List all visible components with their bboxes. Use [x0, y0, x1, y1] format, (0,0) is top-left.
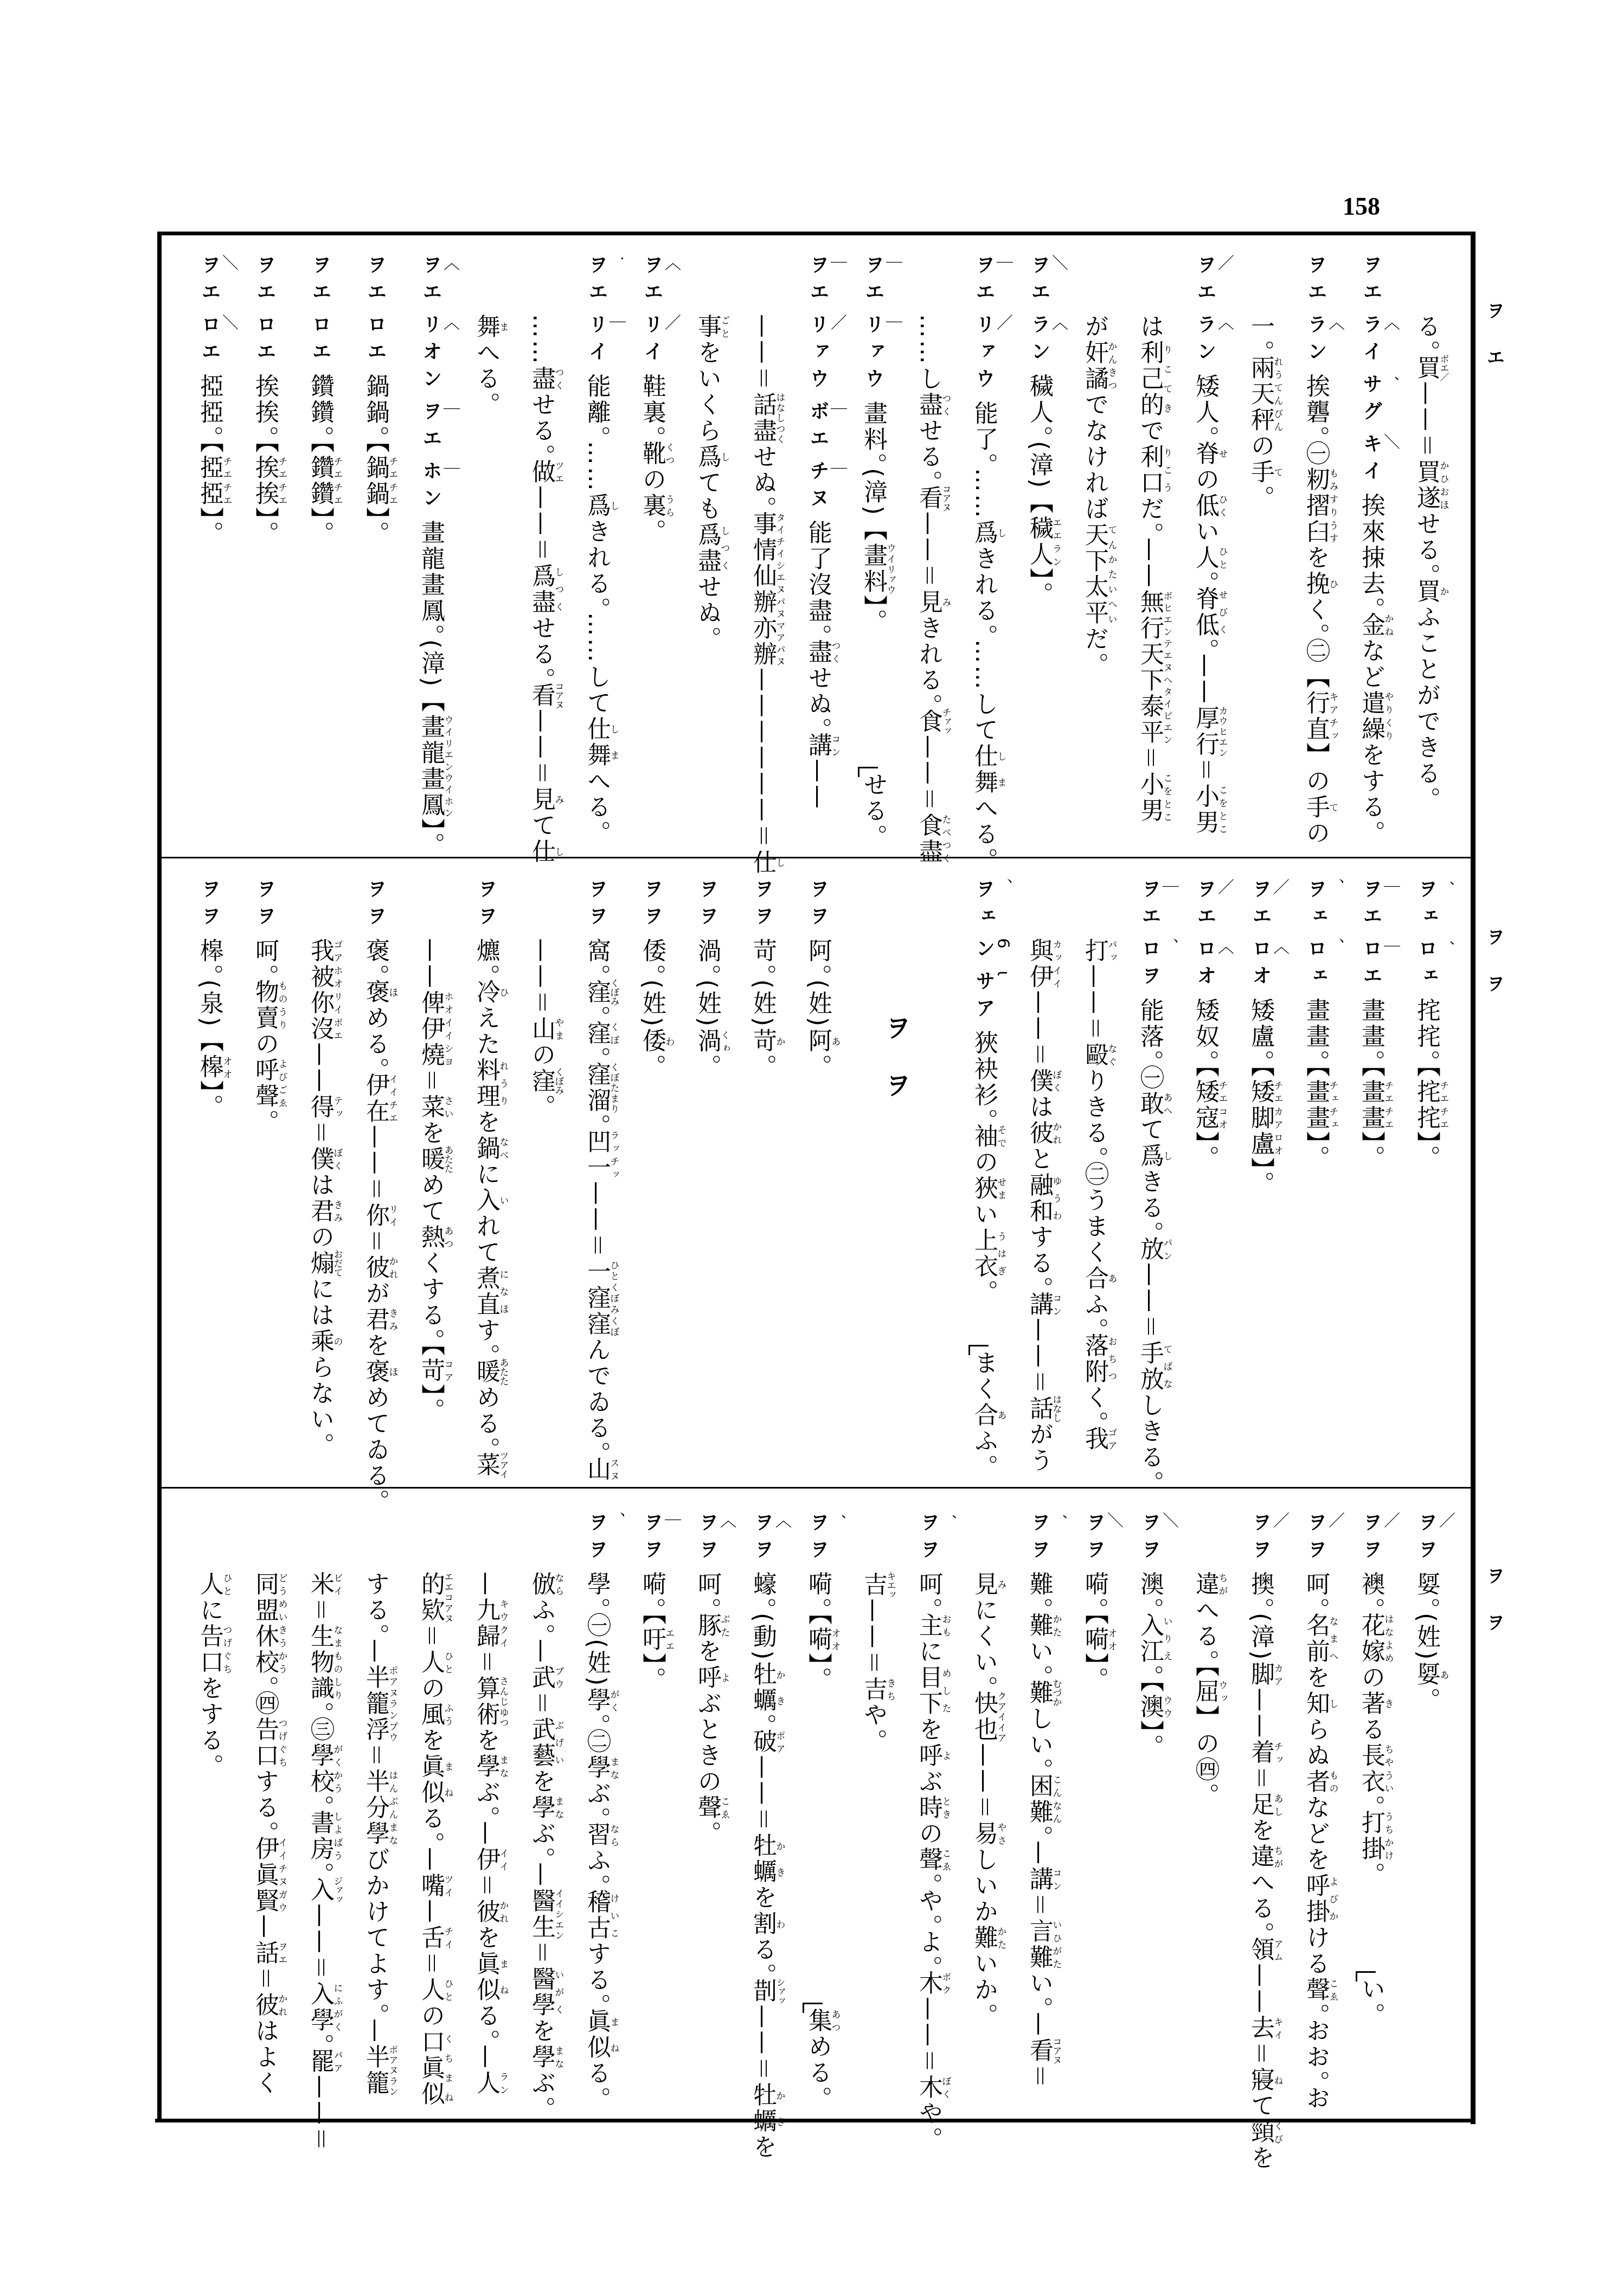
continuation-column: 違ちがへる。【屈ウッ】の㊃。 — [1172, 1489, 1228, 2119]
definition-text: 】 — [306, 507, 334, 521]
reading-annotation: むづか — [1051, 1679, 1062, 1707]
definition-text: 【 — [1191, 1065, 1219, 1079]
definition-text: 畫畫 — [1302, 998, 1330, 1050]
reading-annotation: ゴア — [1106, 1426, 1117, 1452]
reading-annotation: チエチエ — [387, 455, 398, 507]
reading-annotation: エエラン — [1051, 516, 1062, 568]
definition-text: 穢人 — [1025, 374, 1053, 426]
annotated-word: 小男こをとこ — [1191, 784, 1219, 836]
reading-annotation: チエチエ — [332, 455, 343, 507]
definition-text: を — [472, 1728, 500, 1754]
tone-mark: ＼ — [1105, 1512, 1121, 1528]
annotated-word: 窪くぼ — [583, 1021, 611, 1047]
annotated-word: 人ひと — [196, 1572, 223, 1598]
definition-text: ＝ — [1025, 2064, 1053, 2090]
annotated-word: 手放てばな — [1136, 1341, 1164, 1393]
full-stop: 。 — [970, 1454, 998, 1480]
reading-annotation: きみ — [332, 1198, 343, 1224]
definition-text: 】 — [1025, 568, 1053, 582]
annotated-word: 算術さんじゆつ — [472, 1676, 500, 1728]
tone-mark: ／ — [663, 314, 679, 330]
definition-text: ＝ — [1247, 1766, 1274, 1792]
definition-text: ——＝ — [528, 709, 555, 787]
full-stop: 。 — [970, 1280, 998, 1306]
headword-kana: ヲエ＼ — [1029, 254, 1049, 309]
annotated-word: 奸譎かんきつ — [1081, 340, 1108, 392]
continuation-column: 見みにくい。快也クアイイア——＝易やさしいか難かたいか。 — [951, 1489, 1006, 2119]
reading-annotation: しつく — [553, 563, 564, 615]
full-stop: 。 — [1357, 1862, 1385, 1888]
definition-text: ……して — [970, 639, 998, 743]
headword-kana: ヲヲ〈 — [753, 1512, 772, 1566]
annotated-word: 爲し — [1136, 1143, 1164, 1169]
reading-annotation: コアヌ — [1051, 2037, 1062, 2065]
entry-column: ヲエ〈リイ／鞋裏。靴くつの裏うら。 — [619, 235, 675, 857]
annotated-word: 無行天下泰平ボヒエンテエヌヘタイピエン — [1136, 589, 1164, 746]
annotated-word: 買か — [1413, 579, 1440, 605]
definition-text: の — [1302, 820, 1330, 846]
reading-annotation: かね — [1383, 612, 1394, 638]
reading-annotation: の — [332, 1329, 343, 1355]
reading-annotation: はなよめ — [1383, 1613, 1394, 1665]
definition-text: ＝ — [528, 1691, 555, 1717]
reading-annotation: くぼ — [608, 1021, 619, 1047]
definition-text: せぬ — [694, 574, 721, 626]
definition-text: ぶ — [915, 1769, 942, 1795]
reading-annotation: ちが — [1217, 1572, 1228, 1598]
full-stop: 。 — [472, 392, 500, 418]
reading-annotation: ま — [498, 314, 509, 340]
definition-text: ——＝ — [306, 2075, 334, 2153]
definition-text: を — [417, 1728, 445, 1754]
definition-text: る — [1413, 314, 1440, 340]
headword-kana: ヲヲ／ — [1361, 1512, 1381, 1566]
annotated-word: 話ヲエ — [251, 1940, 279, 1966]
reading-annotation: とき — [940, 1795, 951, 1821]
reading-annotation: し — [1327, 1691, 1338, 1717]
annotated-word: 屈ウッ — [1191, 1679, 1219, 1705]
full-stop: 。 — [1302, 1145, 1330, 1171]
definition-text: を — [1247, 1818, 1274, 1844]
reading-annotation: チエコオ — [1217, 1079, 1228, 1131]
definition-text: 】 — [1081, 1653, 1108, 1667]
definition-text: 學 — [583, 1572, 611, 1598]
annotated-word: 矮脚盧チエカアロオ — [1247, 1079, 1274, 1157]
full-stop: 。 — [417, 1398, 445, 1424]
definition-text: — — [472, 1572, 500, 1598]
annotated-word: 手て — [1302, 794, 1330, 820]
headword-kana: ロエ — [365, 314, 385, 368]
entry-column: ヲェ´ロェ´挓挓。【挓挓チエチエ】。 — [1394, 858, 1449, 1487]
reading-annotation: ゆうわ — [1051, 1172, 1062, 1224]
continuation-tail: 集あつめる。 — [795, 2008, 841, 2101]
definition-text: 能了 — [970, 401, 998, 453]
reading-annotation: せま — [996, 1176, 1006, 1202]
definition-text: に — [472, 1162, 500, 1188]
definition-text: めてゐる — [362, 1385, 389, 1489]
definition-text: ぶ — [528, 2070, 555, 2096]
definition-text: 畫料 — [859, 401, 887, 453]
definition-text: — — [528, 1639, 555, 1665]
full-stop: 。 — [915, 2127, 942, 2153]
annotated-word: 聲こゑ — [694, 1795, 721, 1821]
annotated-word: 木ボク — [915, 1971, 942, 1997]
full-stop: 。 — [306, 521, 334, 547]
definition-text: — — [251, 1914, 279, 1940]
definition-text: びかけてよす — [362, 1847, 389, 2003]
definition-text: 能離 — [583, 374, 611, 426]
annotated-word: 講コン — [1025, 1292, 1053, 1318]
reading-annotation: イイチエ — [387, 1073, 398, 1125]
reading-annotation: タイチイシエヌパヌマアパヌ — [774, 511, 785, 668]
definition-text: …… — [528, 314, 555, 366]
definition-text: (姓) — [804, 979, 832, 1028]
reading-annotation: きち — [885, 1677, 896, 1703]
reading-annotation: まな — [553, 1795, 564, 1821]
continuation-column: 吉キエッ——＝吉きちや。 — [841, 1489, 896, 2119]
reading-annotation: もみすりうす — [1327, 467, 1338, 545]
headword-kana: ヲエ｜ — [1361, 878, 1381, 933]
reading-annotation: くぼみ — [553, 1068, 564, 1095]
reading-annotation: いがく — [553, 1966, 564, 2018]
annotated-word: 難かた — [1025, 1613, 1053, 1639]
headword-kana: ヲエ｜ — [974, 254, 993, 309]
definition-text: くする — [417, 1250, 445, 1329]
reading-annotation: て — [1327, 794, 1338, 820]
reading-annotation: チエチエ — [277, 455, 287, 507]
definition-text: せぬ — [749, 444, 777, 496]
headword-kana: ボエ｜ — [808, 401, 827, 455]
full-stop: 。 — [638, 1667, 666, 1693]
definition-text: — — [1025, 2012, 1053, 2038]
definition-text: — — [417, 1847, 445, 1873]
annotated-word: 言難いひがた — [1025, 1919, 1053, 1971]
tone-mark: ／ — [1437, 1512, 1453, 1528]
reading-annotation: くぼたまり — [608, 1062, 619, 1114]
reading-annotation: エエコアヌ — [442, 1572, 453, 1624]
annotated-word: 困難こんなん — [1025, 1773, 1053, 1825]
reading-annotation: くび — [1272, 2119, 1283, 2145]
definition-text: 鍋鍋 — [362, 374, 389, 426]
definition-text: ふ — [528, 1598, 555, 1624]
reading-annotation: なまへ — [1327, 1613, 1338, 1665]
reading-annotation: あ — [830, 1028, 841, 1054]
annotated-word: 遣繰やりくり — [1357, 690, 1385, 742]
annotated-word: 鍋なべ — [472, 1136, 500, 1162]
reading-annotation: チエカアロオ — [1272, 1079, 1283, 1157]
annotated-word: 凹一ラッチッ — [583, 1129, 611, 1181]
definition-text: を — [915, 1717, 942, 1743]
reading-annotation: なら — [608, 1822, 619, 1848]
reading-annotation: やりくり — [1383, 690, 1394, 742]
reading-annotation: カウヒエン — [1217, 706, 1228, 758]
reading-annotation: コン — [1051, 1867, 1062, 1893]
headword-kana: ヲエ — [255, 254, 274, 309]
reading-annotation: み — [553, 787, 564, 813]
entry-column: ヲヲ／娿。(姓)娿あ。 — [1394, 1489, 1449, 2119]
definition-text: を — [528, 1769, 555, 1795]
annotated-word: 講コン — [1025, 1867, 1053, 1893]
definition-text: 【 — [196, 441, 223, 455]
definition-text: を — [749, 1885, 777, 1911]
annotated-word: 武ブウ — [528, 1665, 555, 1691]
entry-column: ヲヲ／襖。花嫁はなよめの著きる長衣ちやうい。打掛うちかけ。い。 — [1338, 1489, 1394, 2119]
entry-column: ヲヲ呵。物賣ものうりの呼聲よびごゑ。 — [232, 858, 287, 1487]
full-stop: 。 — [970, 2003, 998, 2029]
definition-text: —— — [804, 759, 832, 811]
definition-text: い — [1025, 1639, 1053, 1665]
annotated-word: 呼よ — [694, 1665, 721, 1691]
reading-annotation: ウイリァウ — [885, 543, 896, 595]
annotated-word: 彼かれ — [472, 1899, 500, 1925]
reading-annotation: こをとこ — [1162, 772, 1172, 824]
tone-mark: 〈 — [1382, 314, 1398, 330]
annotated-word: 嗬オオ — [804, 1627, 832, 1653]
frame-border-top — [158, 232, 1475, 235]
definition-text: いか — [970, 1951, 998, 2003]
definition-text: の — [970, 1150, 998, 1176]
reading-annotation: おも — [940, 1613, 951, 1639]
reading-annotation: キイ — [1272, 2015, 1283, 2041]
reading-annotation: になほ — [498, 1266, 509, 1318]
annotated-word: 看コアヌ — [915, 485, 942, 511]
headword-kana: ヲヲ＼ — [1085, 1512, 1104, 1566]
entry-column: ヲェ、ン6サアɩ狹袂衫。袖そでの狹せまい上衣うはぎ。まく合あふ。 — [951, 858, 1006, 1487]
section-heading: ヲヲ — [841, 858, 951, 1487]
definition-text: せる — [528, 392, 555, 444]
definition-text: ぶ — [583, 1781, 611, 1807]
definition-text: 鞋裏 — [638, 374, 666, 426]
annotated-word: 一窪窪ひとくぼみくぼ — [583, 1259, 611, 1337]
tone-mark: 、 — [995, 878, 1011, 895]
definition-text: 挨挨 — [251, 374, 279, 426]
definition-text: 】 — [1357, 1131, 1385, 1145]
definition-text: ＝ — [417, 1951, 445, 1977]
entry-column: ヲヲ爊。冷ひえた料理れうりを鍋なべに入いれて煮直になほす。暖あたためる。菜ツアイ — [453, 858, 509, 1487]
definition-text: の — [915, 1821, 942, 1847]
reading-annotation: かき — [774, 1662, 785, 1714]
definition-text: …… — [970, 468, 998, 520]
definition-text: らぬ — [1302, 1717, 1330, 1769]
headword-kana: ロエ — [255, 314, 274, 368]
full-stop: 。 — [1081, 1667, 1108, 1693]
headword-kana: ロオ〈 — [1250, 938, 1270, 992]
definition-text: ＝ — [251, 1966, 279, 1992]
definition-text: を — [472, 1109, 500, 1136]
annotated-word: 彼かれ — [362, 1255, 389, 1281]
reading-annotation: めした — [940, 1665, 951, 1717]
continuation-column: ——＝話盡はなしつくせぬ。事情仙辦亦辦タイチイシエヌパヌマアパヌ——————＝仕… — [730, 235, 785, 857]
tone-mark: ／ — [1326, 1512, 1343, 1528]
annotated-word: 畫料ウイリァウ — [859, 543, 887, 595]
full-stop: 。 — [528, 2096, 555, 2122]
definition-text: ——＝ — [528, 485, 555, 563]
annotated-word: 着チッ — [1247, 1740, 1274, 1766]
headword-kana: ラン〈 — [1195, 314, 1215, 368]
tone-mark: ／ — [995, 314, 1011, 330]
definition-text: でなければ — [1081, 392, 1108, 522]
definition-text: まく — [970, 1350, 998, 1402]
definition-text: ぶ — [528, 1821, 555, 1847]
annotated-word: 食盡たべつく — [915, 813, 942, 865]
annotated-word: 做ツエ — [528, 459, 555, 485]
entry-column: ヲヲ渦。(姓)渦くゎ。 — [675, 858, 730, 1487]
reading-annotation: まね — [442, 1754, 453, 1806]
annotated-word: 與伊カッイイ — [1025, 938, 1053, 990]
annotated-word: 同盟休校どうめいきうかう — [251, 1572, 279, 1676]
definition-text: 蠔 — [749, 1572, 777, 1598]
annotated-word: 花嫁はなよめ — [1357, 1613, 1385, 1665]
annotated-word: 見み — [970, 1572, 998, 1598]
full-stop: 。 — [1413, 787, 1440, 813]
definition-text: — — [472, 2044, 500, 2070]
reading-annotation: かれ — [387, 1255, 398, 1281]
definition-text: 】 — [1191, 1131, 1219, 1145]
reading-annotation: パッ — [1106, 938, 1117, 964]
definition-text: がう — [1025, 1422, 1053, 1474]
annotated-word: 破ポア — [749, 1729, 777, 1755]
entry-column: ヲヲ´嗬。【嗬オオ】。集あつめる。 — [785, 1489, 841, 2119]
annotated-word: 菜さい — [417, 1094, 445, 1120]
reading-annotation: しつく — [719, 522, 730, 574]
reading-annotation: あし — [1272, 1792, 1283, 1818]
annotated-word: 習なら — [583, 1822, 611, 1848]
reading-annotation: チエチエ — [221, 455, 232, 507]
tone-mark: ｜ — [663, 1512, 679, 1528]
reading-annotation: カッイイ — [1051, 938, 1062, 990]
annotated-word: 手て — [1247, 459, 1274, 485]
definition-text: きれる — [915, 615, 942, 694]
reading-annotation: あつ — [442, 1224, 453, 1250]
definition-text: 阿 — [804, 938, 832, 964]
reading-annotation: せ — [1217, 441, 1228, 467]
tone-mark: ｜ — [829, 401, 845, 417]
annotated-word: 盡つく — [528, 366, 555, 392]
continuation-column: 我被你沒ゴアホオリイボエ——得テッ＝僕ぼくは君きみの煽おだてには乘のらない。 — [287, 858, 343, 1487]
annotated-word: 爲盡しつく — [694, 522, 721, 574]
reading-annotation: まね — [498, 1951, 509, 2003]
tone-mark: 〈 — [1216, 314, 1232, 330]
annotated-word: 兩天秤れうてんびん — [1247, 355, 1274, 433]
definition-text: ——＝ — [970, 1743, 998, 1821]
headword-kana: リオン〈 — [421, 314, 440, 395]
reading-annotation: コア — [442, 1358, 453, 1384]
definition-text: にくい — [970, 1598, 998, 1676]
definition-text: ＝ — [362, 1743, 389, 1769]
reading-annotation: よ — [940, 1743, 951, 1769]
full-stop: 。 — [1081, 652, 1108, 678]
reading-annotation: つく — [830, 639, 841, 665]
definition-text: (動) — [749, 1613, 777, 1662]
definition-text: する — [251, 1769, 279, 1821]
definition-text: へる — [1247, 1870, 1274, 1922]
reading-annotation: よびごゑ — [277, 1057, 287, 1109]
continuation-column: が奸譎かんきつでなければ天下太平てんかたいへいだ。 — [1062, 235, 1117, 857]
entry-column: ヲエロエ鍋鍋。【鍋鍋チエチエ】。 — [343, 235, 398, 857]
annotated-word: 籾摺臼もみすりうす — [1302, 467, 1330, 545]
entry-column: ヲヲ窩。窪くぼみ。窪くぼ。窪溜くぼたまり。凹一ラッチッ——＝一窪窪ひとくぼみくぼ… — [564, 858, 619, 1487]
definition-text: す — [472, 1318, 500, 1344]
annotated-word: 學まな — [528, 2044, 555, 2070]
definition-text: 【 — [638, 1613, 666, 1627]
reading-annotation: こゑ — [719, 1795, 730, 1821]
continuation-column: 事ごとをいくら爲しても爲盡しつくせぬ。 — [675, 235, 730, 857]
entry-column: ヲエ〈リオン〈ヲエ｜ホン｜畫龍畫鳳。(漳)【畫龍畫鳳ウイリエンウイホン】。 — [398, 235, 453, 857]
definition-text: へる — [583, 768, 611, 820]
entry-column: ヲヲ苛。(姓)苛か。 — [730, 858, 785, 1487]
reading-annotation: こゑ — [940, 1847, 951, 1873]
annotated-word: 的欵エエコアヌ — [417, 1572, 445, 1624]
entry-column: ヲヲ阿。(姓)阿あ。 — [785, 858, 841, 1487]
reading-annotation: あつ — [830, 2008, 841, 2034]
annotated-word: 剒シァッ — [749, 1978, 777, 2004]
definition-text: る — [749, 1937, 777, 1963]
annotated-word: 渦くゎ — [694, 1028, 721, 1054]
definition-text: 【 — [362, 441, 389, 455]
annotated-word: 主おも — [915, 1613, 942, 1639]
definition-text: 】 — [638, 1653, 666, 1667]
reading-annotation: ちが — [1272, 1844, 1283, 1870]
reading-annotation: チッ — [1272, 1740, 1283, 1766]
definition-text: 】 — [362, 507, 389, 521]
definition-text: ふ — [970, 1428, 998, 1454]
definition-text: ふ — [1081, 1292, 1108, 1318]
tone-mark: ／ — [1271, 1512, 1287, 1528]
definition-text: 掗掗 — [196, 374, 223, 426]
definition-text: 褒 — [362, 938, 389, 964]
reading-annotation: クアイイア — [996, 1691, 1006, 1743]
definition-text: しきる — [1136, 1393, 1164, 1471]
definition-text: ＝ — [528, 1940, 555, 1966]
full-stop: 。 — [638, 1054, 666, 1080]
continuation-column: 舞まへる。 — [453, 235, 509, 857]
reading-annotation: がく — [608, 1688, 619, 1714]
definition-text: おお — [1302, 2018, 1330, 2070]
annotated-word: 伊眞賢イイチヌガウ — [251, 1836, 279, 1914]
definition-text: ㊁【 — [1302, 638, 1330, 690]
annotated-word: 褒ほ — [362, 979, 389, 1005]
annotated-word: 者もの — [1302, 1769, 1330, 1795]
definition-text: ——＝ — [1025, 1318, 1053, 1396]
reading-annotation: やさ — [996, 1821, 1006, 1847]
annotated-word: 目下めした — [915, 1665, 942, 1717]
definition-text: — — [472, 1821, 500, 1847]
definition-text: 【 — [1302, 1065, 1330, 1079]
definition-text: や — [915, 2101, 942, 2127]
definition-text: と — [1025, 1146, 1053, 1172]
headword-kana: ヲエ｜ — [1140, 878, 1159, 933]
entry-column: ヲヲ、學。㊀(姓)學がく。㊁學まなぶ。習ならふ。稽古けいこする。眞似まねる。 — [564, 1489, 619, 2119]
entry-column: ヲエライ〈サグ´キイ＼挨來捒去。金かねなど遣繰やりくりをする。 — [1338, 235, 1394, 857]
definition-text: お — [1302, 2086, 1330, 2112]
annotated-word: 買遂かひおほ — [1413, 459, 1440, 511]
headword-kana: リァウ／ — [974, 314, 993, 395]
definition-text: ㊀(姓) — [583, 1613, 611, 1688]
definition-text: の — [417, 2003, 445, 2029]
entry-column: ヲエロエ挨挨。【挨挨チエチエ】。 — [232, 235, 287, 857]
reading-annotation: あ — [996, 1402, 1006, 1428]
definition-text: ——＝ — [362, 1125, 389, 1203]
annotated-word: 低ひく — [1191, 493, 1219, 519]
headword-kana: ヲヲ、 — [587, 1512, 606, 1566]
definition-text: (泉)【 — [196, 979, 223, 1054]
reading-annotation: なぐ — [1106, 1042, 1117, 1068]
definition-text: ——＝ — [915, 735, 942, 813]
annotated-word: 長衣ちやうい — [1357, 1743, 1385, 1795]
full-stop: 。 — [694, 1821, 721, 1847]
reading-annotation: うら — [664, 493, 675, 519]
annotated-word: 脊せ — [1191, 441, 1219, 467]
